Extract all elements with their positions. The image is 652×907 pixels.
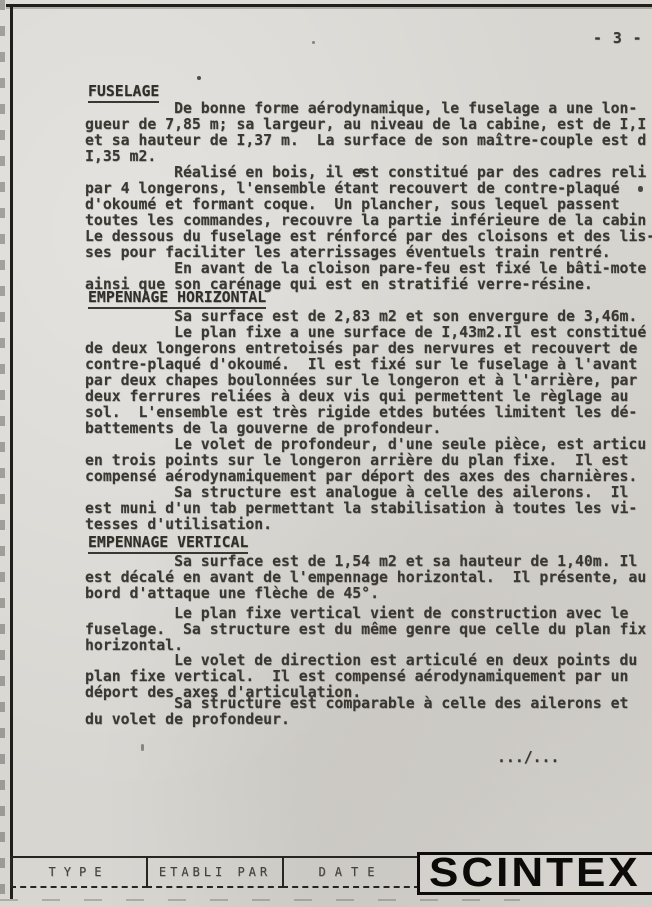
footer-cell-date-label: DATE (319, 865, 384, 879)
footer-cell-type-label: TYPE (49, 865, 110, 879)
page-frame-top (6, 4, 652, 7)
footer-cell-etabli-par: ETABLI PAR (146, 856, 284, 888)
paragraph: Sa structure est comparable à celle des … (85, 696, 628, 728)
paragraph: Le plan fixe vertical vient de construct… (85, 606, 646, 654)
brand-logo-text: SCINTEX (420, 856, 652, 889)
ink-speck (197, 76, 201, 80)
ink-speck (312, 41, 315, 44)
section-heading-empennage-vertical: EMPENNAGE VERTICAL (88, 536, 248, 554)
page-frame-left (10, 4, 13, 899)
footer-cell-date: DATE (282, 856, 420, 888)
paragraph: Sa surface est de 2,83 m2 et son envergu… (85, 309, 646, 437)
page-number: - 3 - (593, 31, 643, 47)
paragraph: Le volet de direction est articulé en de… (85, 653, 637, 701)
ink-speck (358, 168, 364, 174)
paragraph: De bonne forme aérodynamique, le fuselag… (85, 101, 646, 165)
ink-speck (141, 744, 144, 751)
paragraph: Sa surface est de 1,54 m2 et sa hauteur … (85, 554, 646, 602)
scanned-document-page: - 3 - FUSELAGE De bonne forme aérodynami… (0, 0, 652, 907)
footer-cell-type: TYPE (10, 856, 148, 888)
ink-speck (638, 186, 643, 192)
section-heading-empennage-horizontal: EMPENNAGE HORIZONTAL (88, 291, 266, 309)
footer-cell-etabli-par-label: ETABLI PAR (159, 865, 271, 879)
paragraph: Le volet de profondeur, d'une seule pièc… (85, 437, 646, 485)
paragraph: Sa structure est analogue à celle des ai… (85, 485, 637, 533)
continuation-mark: .../... (497, 750, 559, 766)
scan-edge-artifact (0, 0, 5, 907)
brand-logo-box: SCINTEX (417, 852, 652, 895)
bottom-scan-artifact (0, 899, 520, 901)
paragraph: Réalisé en bois, il est constitué par de… (85, 165, 652, 261)
